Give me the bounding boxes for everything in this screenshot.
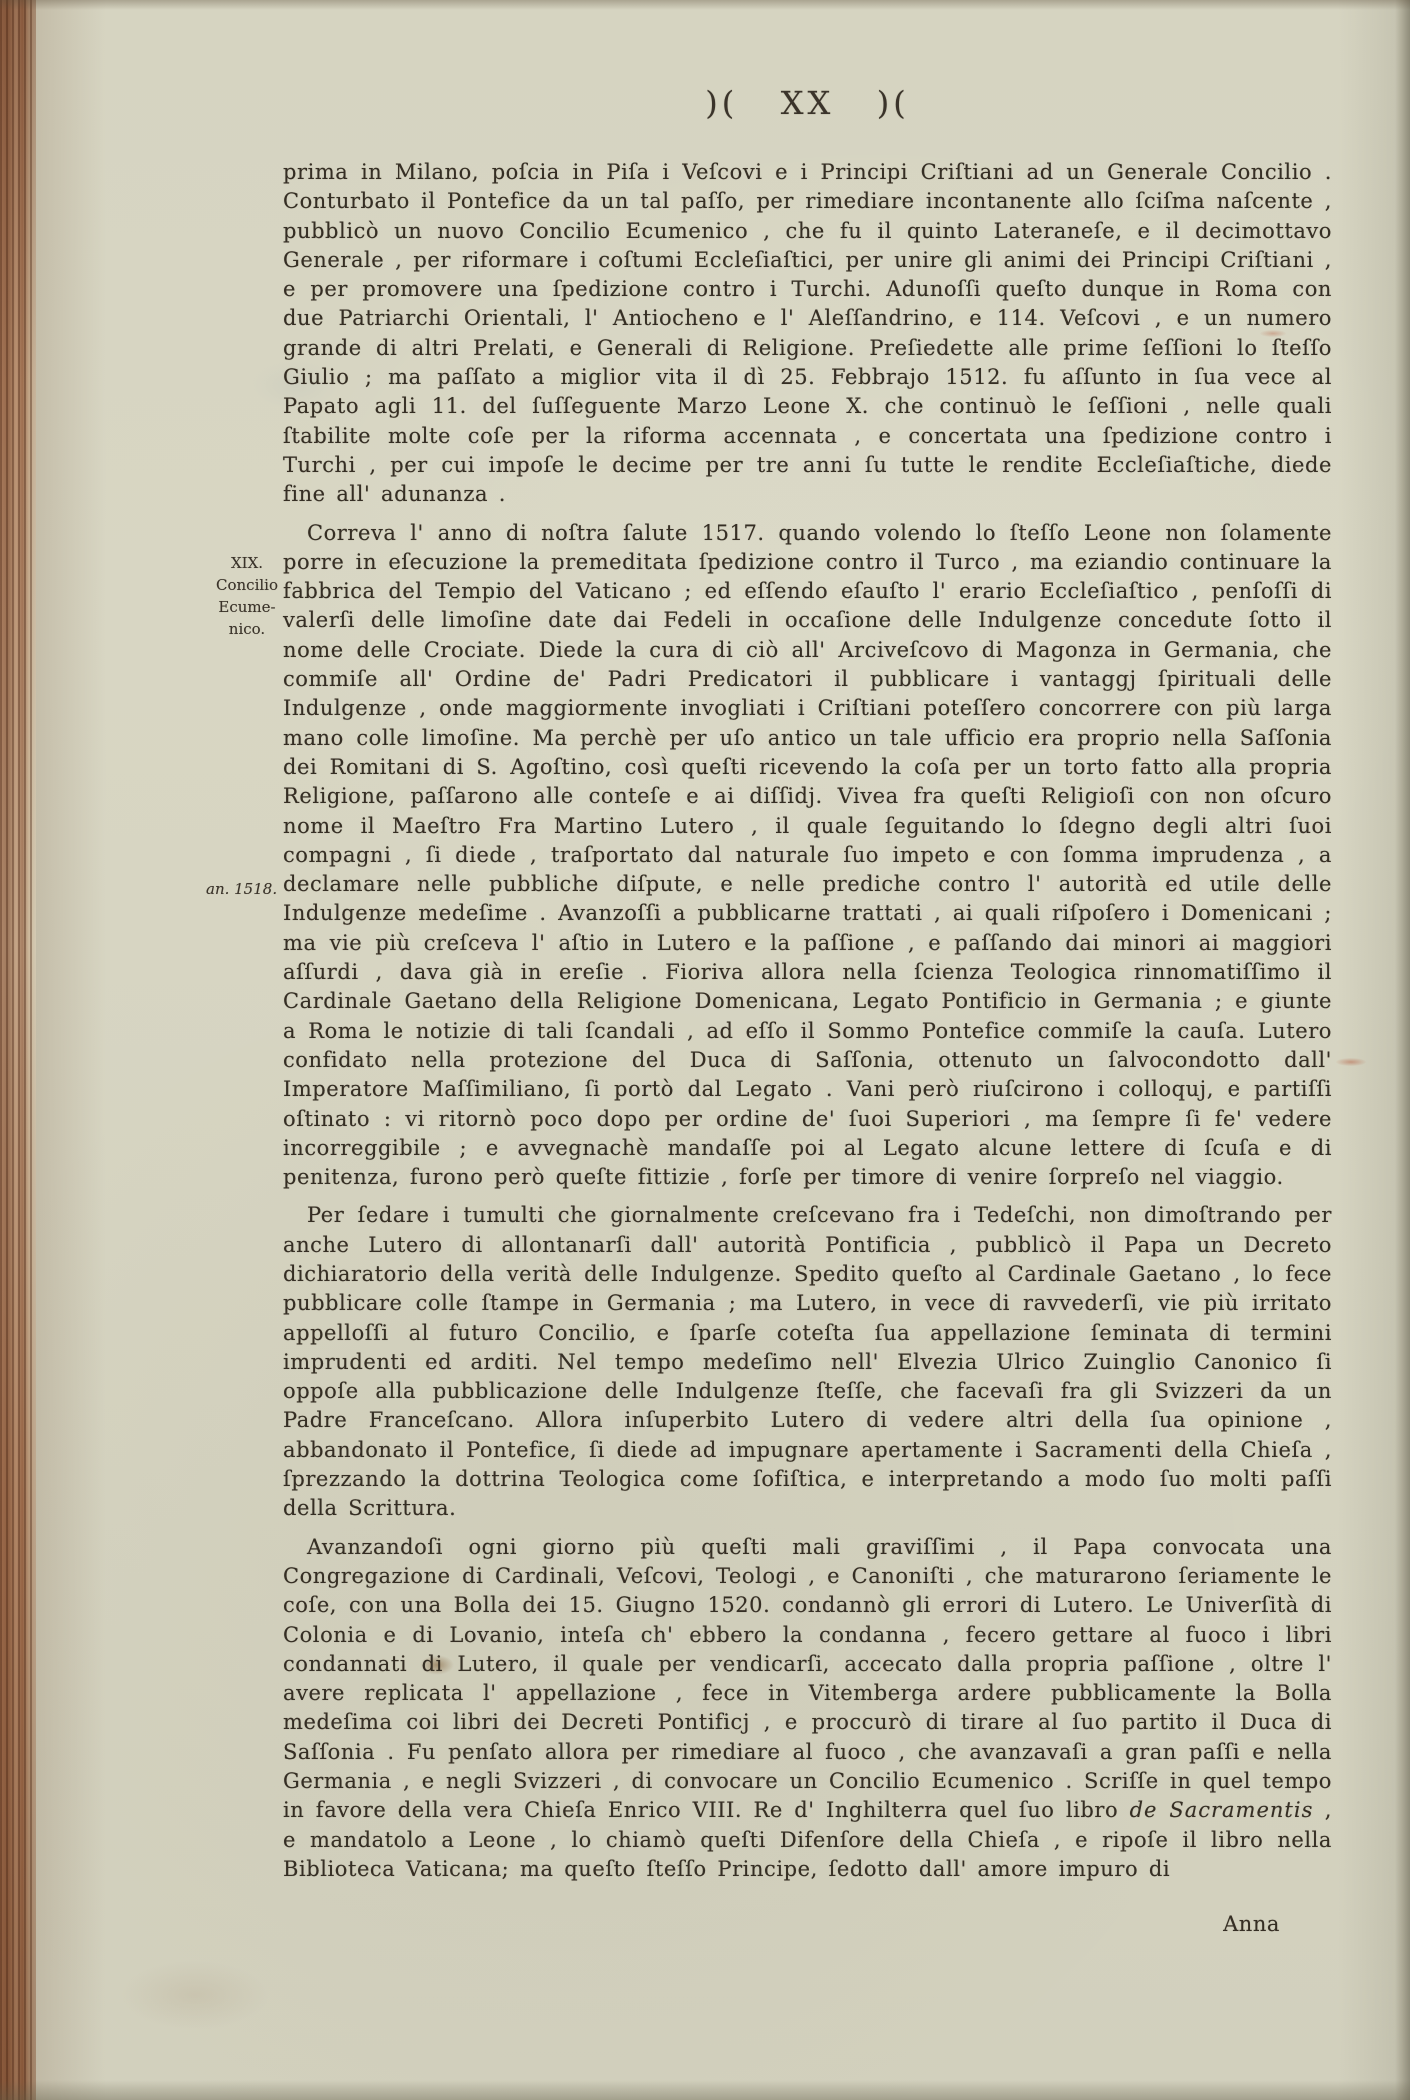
page-text: prima in Milano, poſcia in Piſa i Veſcov… [283, 158, 1332, 1940]
latin-book-title: de Sacramentis [1130, 1798, 1314, 1822]
page-number: )( XX )( [283, 84, 1332, 122]
margin-note-council: XIX. Concilio Ecume- nico. [212, 552, 282, 640]
margin-note-line: XIX. [212, 552, 282, 574]
paragraph-4: Avanzandoſi ogni giorno più queſti mali … [283, 1533, 1332, 1885]
paper-stain [120, 1960, 270, 2030]
page-bottom-edge [0, 2080, 1410, 2100]
catchword: Anna [283, 1910, 1332, 1939]
paragraph-3: Per ſedare i tumulti che giornalmente cr… [283, 1201, 1332, 1523]
page-right-edge [1395, 0, 1410, 2100]
margin-note-line: nico. [212, 618, 282, 640]
book-page: )( XX )( XIX. Concilio Ecume- nico. an. … [0, 0, 1410, 2100]
gutter-shadow [36, 0, 106, 2100]
margin-note-line: Ecume- [212, 596, 282, 618]
paragraph-2: Correva l' anno di noſtra ſalute 1517. q… [283, 519, 1332, 1193]
paragraph-4-text: Avanzandoſi ogni giorno più queſti mali … [283, 1535, 1332, 1823]
page-top-edge [0, 0, 1410, 10]
binding-edge [0, 0, 36, 2100]
paragraph-1: prima in Milano, poſcia in Piſa i Veſcov… [283, 158, 1332, 510]
margin-note-line: Concilio [212, 574, 282, 596]
